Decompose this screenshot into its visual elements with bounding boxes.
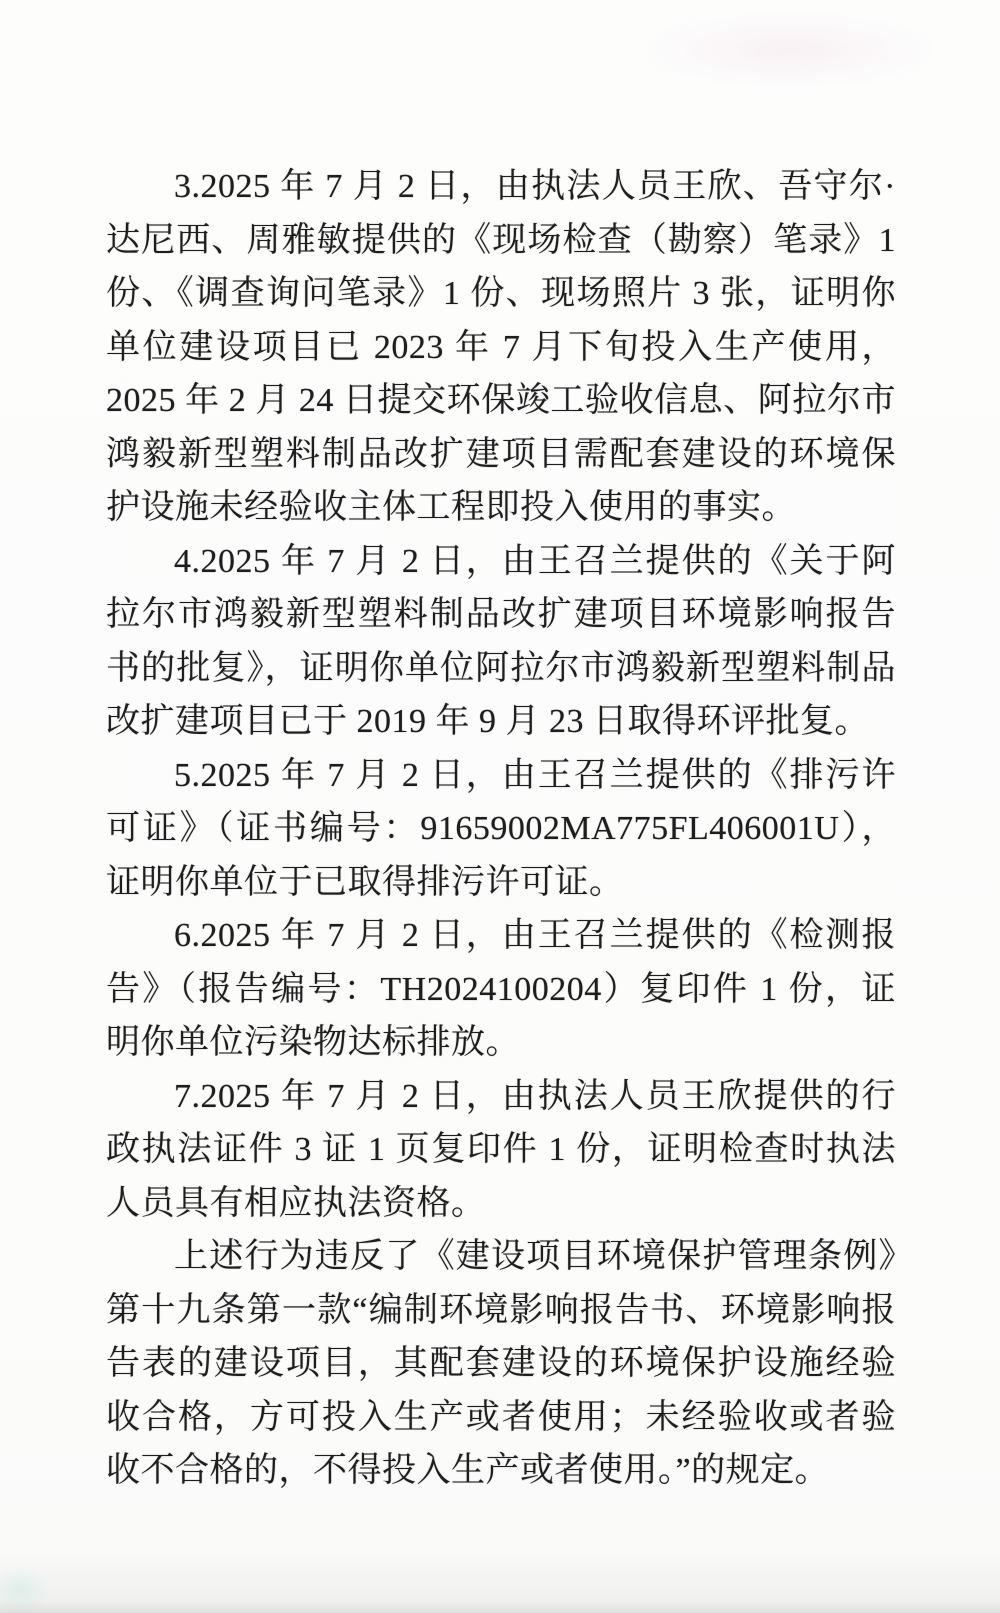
paragraph-violation-conclusion: 上述行为违反了《建设项目环境保护管理条例》第十九条第一款“编制环境影响报告书、环… [106, 1230, 896, 1498]
paragraph-evidence-item-5: 5.2025 年 7 月 2 日，由王召兰提供的《排污许可证》（证书编号：916… [106, 749, 896, 910]
paragraph-evidence-item-7: 7.2025 年 7 月 2 日，由执法人员王欣提供的行政执法证件 3 证 1 … [106, 1070, 896, 1231]
paragraph-evidence-item-6: 6.2025 年 7 月 2 日，由王召兰提供的《检测报告》（报告编号：TH20… [106, 909, 896, 1070]
scanned-document-page: 3.2025 年 7 月 2 日，由执法人员王欣、吾守尔·达尼西、周雅敏提供的《… [0, 0, 1000, 1613]
scan-smudge-bottom-left [0, 1565, 50, 1613]
scan-edge-shadow [0, 1601, 1000, 1613]
document-body-text: 3.2025 年 7 月 2 日，由执法人员王欣、吾守尔·达尼西、周雅敏提供的《… [106, 160, 896, 1498]
paragraph-evidence-item-4: 4.2025 年 7 月 2 日，由王召兰提供的《关于阿拉尔市鸿毅新型塑料制品改… [106, 535, 896, 749]
scan-smudge-top [640, 10, 940, 90]
paragraph-evidence-item-3: 3.2025 年 7 月 2 日，由执法人员王欣、吾守尔·达尼西、周雅敏提供的《… [106, 160, 896, 535]
